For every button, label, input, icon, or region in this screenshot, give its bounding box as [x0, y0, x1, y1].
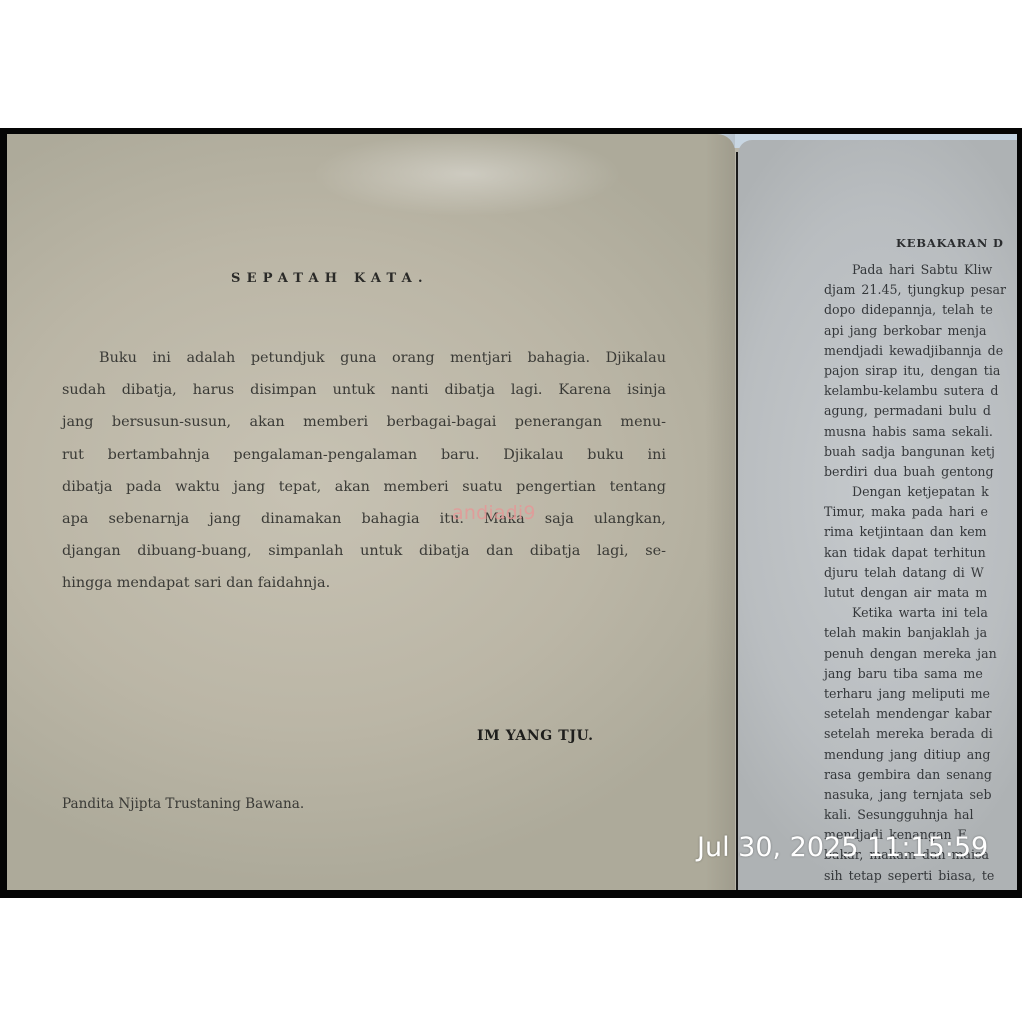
left-page: SEPATAH KATA. Buku ini adalah petundjuk …	[7, 134, 735, 890]
text-line: nasuka, jang ternjata seb	[824, 785, 1017, 805]
text-line: jang baru tiba sama me	[824, 664, 1017, 684]
paragraph-line: sudah dibatja, harus disimpan untuk nant…	[62, 374, 666, 406]
text-line: Timur, maka pada hari e	[824, 502, 1017, 522]
left-page-title: SEPATAH KATA.	[231, 271, 429, 286]
text-line: dopo didepannja, telah te	[824, 300, 1017, 320]
text-line: setelah mereka berada di	[824, 724, 1017, 744]
photo-timestamp: Jul 30, 2025 11:15:59	[697, 832, 988, 863]
text-line: agung, permadani bulu d	[824, 401, 1017, 421]
text-line: terharu jang meliputi me	[824, 684, 1017, 704]
text-line: pajon sirap itu, dengan tia	[824, 361, 1017, 381]
text-line: Dengan ketjepatan k	[824, 482, 1017, 502]
text-line: kan tidak dapat terhitun	[824, 543, 1017, 563]
paragraph-line: rut bertambahnja pengalaman-pengalaman b…	[62, 439, 666, 471]
left-page-paragraph: Buku ini adalah petundjuk guna orang men…	[62, 342, 666, 600]
paragraph-line: djangan dibuang-buang, simpanlah untuk d…	[62, 535, 666, 567]
author-signature: IM YANG TJU.	[477, 728, 594, 744]
photo-frame: SEPATAH KATA. Buku ini adalah petundjuk …	[0, 128, 1022, 898]
paragraph-line: hingga mendapat sari dan faidahnja.	[62, 567, 666, 599]
text-line: buah sadja bangunan ketj	[824, 442, 1017, 462]
text-line: rasa gembira dan senang	[824, 765, 1017, 785]
text-line: Ketika warta ini tela	[824, 603, 1017, 623]
text-line: lutut dengan air mata m	[824, 583, 1017, 603]
paragraph-line: apa sebenarnja jang dinamakan bahagia it…	[62, 503, 666, 535]
text-line: sih tetap seperti biasa, te	[824, 866, 1017, 886]
book-photo: SEPATAH KATA. Buku ini adalah petundjuk …	[7, 134, 1017, 890]
text-line: mendjadi kewadjibannja de	[824, 341, 1017, 361]
watermark: andiadi9	[452, 502, 536, 524]
text-line: penuh dengan mereka jan	[824, 644, 1017, 664]
text-line: kelambu-kelambu sutera d	[824, 381, 1017, 401]
text-line: setelah mendengar kabar	[824, 704, 1017, 724]
text-line: djam 21.45, tjungkup pesar	[824, 280, 1017, 300]
text-line: telah makin banjaklah ja	[824, 623, 1017, 643]
text-line: berdiri dua buah gentong	[824, 462, 1017, 482]
author-place: Pandita Njipta Trustaning Bawana.	[62, 796, 304, 812]
text-line: api jang berkobar menja	[824, 321, 1017, 341]
paragraph-line: jang bersusun-susun, akan memberi berbag…	[62, 406, 666, 438]
right-page-title: KEBAKARAN D	[896, 236, 1004, 250]
text-line: Pada hari Sabtu Kliw	[824, 260, 1017, 280]
text-line: djuru telah datang di W	[824, 563, 1017, 583]
paragraph-line: dibatja pada waktu jang tepat, akan memb…	[62, 471, 666, 503]
text-line: rima ketjintaan dan kem	[824, 522, 1017, 542]
paragraph-line: Buku ini adalah petundjuk guna orang men…	[62, 342, 666, 374]
text-line: mendung jang ditiup ang	[824, 745, 1017, 765]
right-page-text: Pada hari Sabtu Kliwdjam 21.45, tjungkup…	[824, 260, 1017, 886]
right-page: KEBAKARAN D Pada hari Sabtu Kliwdjam 21.…	[738, 140, 1017, 890]
text-line: musna habis sama sekali.	[824, 422, 1017, 442]
text-line: kali. Sesungguhnja hal	[824, 805, 1017, 825]
